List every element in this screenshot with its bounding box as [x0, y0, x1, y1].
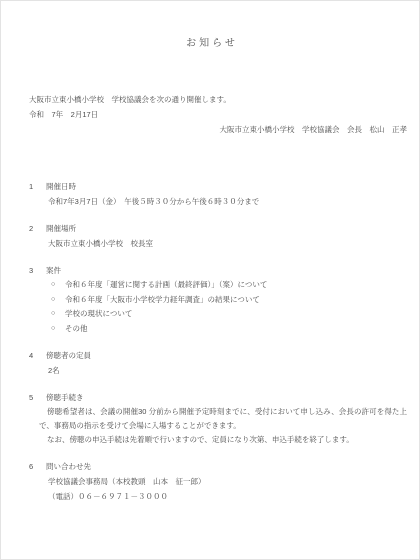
agenda-item-text: 令和６年度「運営に関する計画（最終評価）」（案）について — [65, 278, 267, 293]
body-line: 大阪市立東小橋小学校 校長室 — [48, 236, 407, 251]
notice-document: お知らせ 大阪市立東小橋小学校 学校協議会を次の通り開催します。 令和 7年 2… — [1, 1, 419, 559]
circle-bullet-icon: ○ — [51, 278, 65, 293]
section-heading-row: 5 傍聴手続き — [29, 390, 407, 405]
agenda-item-text: 令和６年度「大阪市小学校学力経年調査」の結果について — [65, 293, 260, 308]
agenda-item-text: 学校の現状について — [65, 307, 132, 322]
agenda-item-text: その他 — [65, 322, 88, 337]
section-heading: 案件 — [46, 263, 61, 278]
agenda-item: ○ 令和６年度「大阪市小学校学力経年調査」の結果について — [51, 293, 407, 308]
section-datetime: 1 開催日時 令和7年3月7日（金） 午後５時３０分から午後６時３０分まで — [29, 179, 407, 209]
section-body: 学校協議会事務局（本校教頭 山本 征一郎） （電話）０６－６９７１－３０００ — [48, 474, 407, 504]
agenda-item: ○ その他 — [51, 322, 407, 337]
section-capacity: 4 傍聴者の定員 2名 — [29, 348, 407, 378]
agenda-item: ○ 令和６年度「運営に関する計画（最終評価）」（案）について — [51, 278, 407, 293]
section-procedure: 5 傍聴手続き 傍聴希望者は、会議の開催30 分前から開催予定時刻までに、受付に… — [29, 390, 407, 447]
section-heading-row: 1 開催日時 — [29, 179, 407, 194]
intro-line: 大阪市立東小橋小学校 学校協議会を次の通り開催します。 — [29, 92, 407, 107]
section-number: 1 — [29, 179, 46, 194]
body-paragraph: なお、傍聴の申込手続は先着順で行いますので、定員になり次第、申込手続を終了します… — [39, 433, 407, 447]
document-page: { "doc": { "title": "お知らせ", "preamble": … — [0, 0, 420, 560]
section-heading-row: 3 案件 — [29, 263, 407, 278]
section-agenda: 3 案件 ○ 令和６年度「運営に関する計画（最終評価）」（案）について ○ 令和… — [29, 263, 407, 336]
section-body: 大阪市立東小橋小学校 校長室 — [48, 236, 407, 251]
section-number: 4 — [29, 348, 46, 363]
date-line: 令和 7年 2月17日 — [29, 107, 407, 122]
circle-bullet-icon: ○ — [51, 293, 65, 308]
section-list: 1 開催日時 令和7年3月7日（金） 午後５時３０分から午後６時３０分まで 2 … — [29, 179, 407, 504]
section-number: 5 — [29, 390, 46, 405]
body-paragraph: 傍聴希望者は、会議の開催30 分前から開催予定時刻までに、受付において申し込み、… — [39, 405, 407, 433]
section-heading-row: 6 問い合わせ先 — [29, 459, 407, 474]
section-heading-row: 4 傍聴者の定員 — [29, 348, 407, 363]
agenda-item: ○ 学校の現状について — [51, 307, 407, 322]
body-line: 令和7年3月7日（金） 午後５時３０分から午後６時３０分まで — [48, 194, 407, 209]
section-body: 令和7年3月7日（金） 午後５時３０分から午後６時３０分まで — [48, 194, 407, 209]
page-title: お知らせ — [29, 34, 407, 49]
signature-line: 大阪市立東小橋小学校 学校協議会 会長 松山 正孝 — [29, 122, 407, 137]
preamble: 大阪市立東小橋小学校 学校協議会を次の通り開催します。 令和 7年 2月17日 … — [29, 92, 407, 137]
section-heading: 開催場所 — [46, 221, 76, 236]
agenda-list: ○ 令和６年度「運営に関する計画（最終評価）」（案）について ○ 令和６年度「大… — [51, 278, 407, 336]
section-body: 2名 — [48, 363, 407, 378]
section-number: 6 — [29, 459, 46, 474]
section-number: 3 — [29, 263, 46, 278]
circle-bullet-icon: ○ — [51, 307, 65, 322]
contact-office-line: 学校協議会事務局（本校教頭 山本 征一郎） — [48, 474, 407, 489]
section-heading: 傍聴手続き — [46, 390, 84, 405]
section-place: 2 開催場所 大阪市立東小橋小学校 校長室 — [29, 221, 407, 251]
section-body: 傍聴希望者は、会議の開催30 分前から開催予定時刻までに、受付において申し込み、… — [39, 405, 407, 447]
body-line: 2名 — [48, 363, 407, 378]
circle-bullet-icon: ○ — [51, 322, 65, 337]
section-heading: 傍聴者の定員 — [46, 348, 91, 363]
section-heading-row: 2 開催場所 — [29, 221, 407, 236]
contact-phone-line: （電話）０６－６９７１－３０００ — [48, 489, 407, 504]
section-heading: 開催日時 — [46, 179, 76, 194]
section-contact: 6 問い合わせ先 学校協議会事務局（本校教頭 山本 征一郎） （電話）０６－６９… — [29, 459, 407, 504]
section-heading: 問い合わせ先 — [46, 459, 91, 474]
section-number: 2 — [29, 221, 46, 236]
